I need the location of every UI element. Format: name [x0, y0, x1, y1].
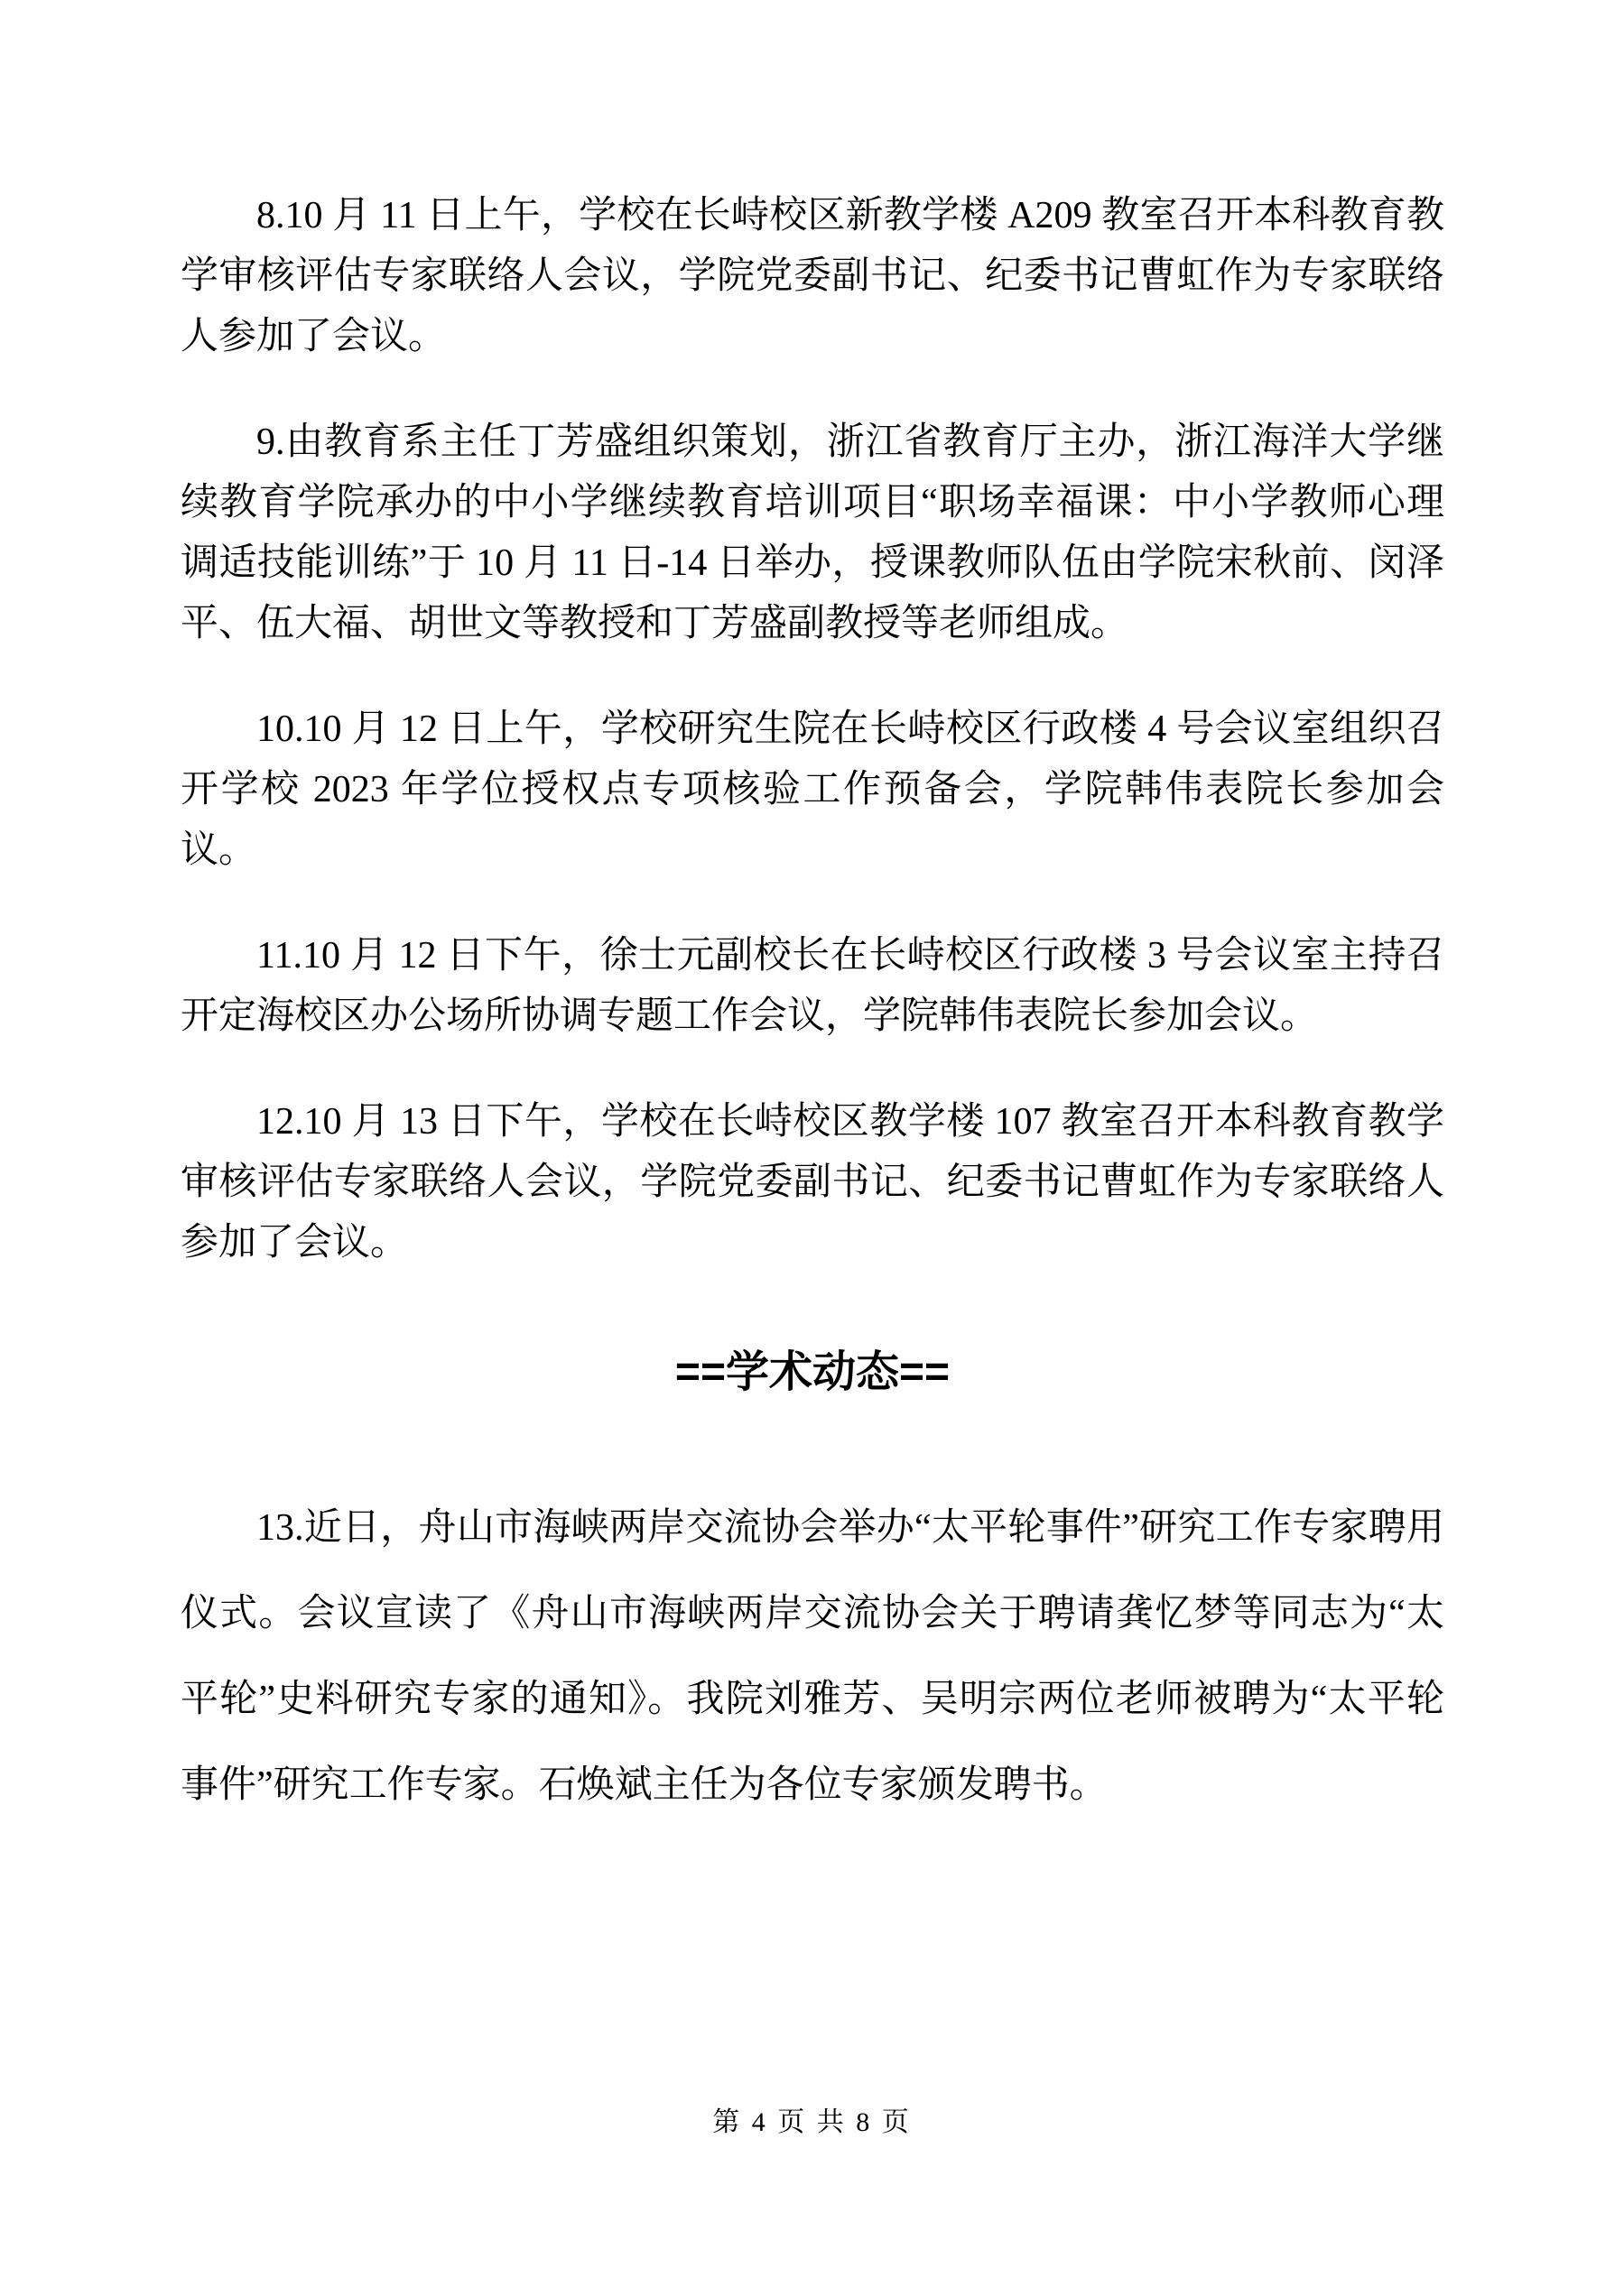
academic-item-13: 13.近日，舟山市海峡两岸交流协会举办“太平轮事件”研究工作专家聘用仪式。会议宣… — [181, 1486, 1444, 1828]
news-item-11: 11.10 月 12 日下午，徐士元副校长在长峙校区行政楼 3 号会议室主持召开… — [181, 926, 1444, 1047]
news-item-10: 10.10 月 12 日上午，学校研究生院在长峙校区行政楼 4 号会议室组织召开… — [181, 699, 1444, 881]
section-heading-academic-news: ==学术动态== — [181, 1337, 1444, 1409]
page-number-footer: 第 4 页 共 8 页 — [0, 2099, 1624, 2139]
document-page: 8.10 月 11 日上午，学校在长峙校区新教学楼 A209 教室召开本科教育教… — [0, 0, 1624, 2296]
news-item-12: 12.10 月 13 日下午，学校在长峙校区教学楼 107 教室召开本科教育教学… — [181, 1092, 1444, 1273]
news-item-9: 9.由教育系主任丁芳盛组织策划，浙江省教育厅主办，浙江海洋大学继续教育学院承办的… — [181, 412, 1444, 654]
news-item-8: 8.10 月 11 日上午，学校在长峙校区新教学楼 A209 教室召开本科教育教… — [181, 186, 1444, 367]
document-body: 8.10 月 11 日上午，学校在长峙校区新教学楼 A209 教室召开本科教育教… — [181, 186, 1444, 1828]
